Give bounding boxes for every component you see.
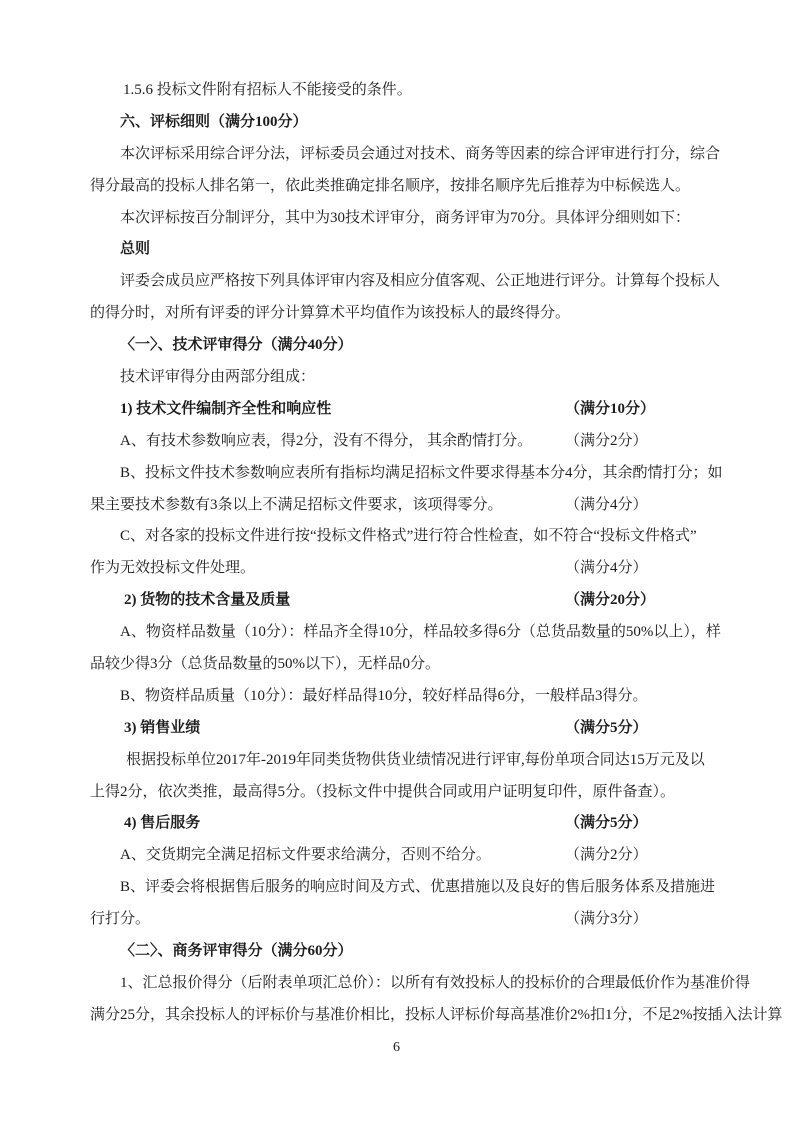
text-line: 果主要技术参数有3条以上不满足招标文件要求，该项得零分。（满分4分）: [90, 490, 730, 522]
line-text: 本次评标按百分制评分，其中为30技术评审分，商务评审为70分。具体评分细则如下：: [90, 203, 690, 235]
text-line: C、对各家的投标文件进行按“投标文件格式”进行符合性检查，如不符合“投标文件格式…: [90, 521, 730, 553]
text-line: 行打分。（满分3分）: [90, 904, 730, 936]
line-text: 品较少得3分（总货品数量的50%以下），无样品0分。: [90, 649, 440, 681]
max-score-label: （满分3分）: [565, 904, 648, 936]
heading-line: 4) 售后服务（满分5分）: [90, 808, 730, 840]
line-text: 1) 技术文件编制齐全性和响应性: [90, 394, 331, 426]
max-score-label: （满分5分）: [565, 713, 648, 745]
heading-line: 〈一〉、技术评审得分（满分40分）: [90, 330, 730, 362]
line-text: A、物资样品数量（10分）：样品齐全得10分，样品较多得6分（总货品数量的50%…: [90, 617, 721, 649]
line-text: 得分最高的投标人排名第一，依此类推确定排名顺序，按排名顺序先后推荐为中标候选人。: [90, 171, 690, 203]
line-text: B、投标文件技术参数响应表所有指标均满足招标文件要求得基本分4分，其余酌情打分；…: [90, 458, 723, 490]
line-text: A、交货期完全满足招标文件要求给满分，否则不给分。: [90, 840, 491, 872]
document-body: 1.5.6 投标文件附有招标人不能接受的条件。六、评标细则（满分100分）本次评…: [90, 75, 730, 1032]
text-line: 品较少得3分（总货品数量的50%以下），无样品0分。: [90, 649, 730, 681]
line-text: 六、评标细则（满分100分）: [90, 107, 308, 139]
line-text: 的得分时，对所有评委的评分计算算术平均值作为该投标人的最终得分。: [90, 298, 570, 330]
line-text: B、评委会将根据售后服务的响应时间及方式、优惠措施以及良好的售后服务体系及措施进: [90, 872, 715, 904]
heading-line: 1) 技术文件编制齐全性和响应性（满分10分）: [90, 394, 730, 426]
text-line: A、物资样品数量（10分）：样品齐全得10分，样品较多得6分（总货品数量的50%…: [90, 617, 730, 649]
text-line: 技术评审得分由两部分组成：: [90, 362, 730, 394]
line-text: 行打分。: [90, 904, 150, 936]
max-score-label: （满分2分）: [565, 840, 648, 872]
text-line: B、评委会将根据售后服务的响应时间及方式、优惠措施以及良好的售后服务体系及措施进: [90, 872, 730, 904]
line-text: 〈二〉、商务评审得分（满分60分）: [90, 936, 353, 968]
heading-line: 六、评标细则（满分100分）: [90, 107, 730, 139]
text-line: 得分最高的投标人排名第一，依此类推确定排名顺序，按排名顺序先后推荐为中标候选人。: [90, 171, 730, 203]
text-line: 评委会成员应严格按下列具体评审内容及相应分值客观、公正地进行评分。计算每个投标人: [90, 266, 730, 298]
heading-line: 总则: [90, 234, 730, 266]
text-line: 本次评标采用综合评分法，评标委员会通过对技术、商务等因素的综合评审进行打分，综合: [90, 139, 730, 171]
text-line: 根据投标单位2017年-2019年同类货物供货业绩情况进行评审,每份单项合同达1…: [90, 745, 730, 777]
line-text: 2) 货物的技术含量及质量: [90, 585, 290, 617]
heading-line: 〈二〉、商务评审得分（满分60分）: [90, 936, 730, 968]
line-text: 3) 销售业绩: [90, 713, 200, 745]
max-score-label: （满分5分）: [565, 808, 648, 840]
line-text: 果主要技术参数有3条以上不满足招标文件要求，该项得零分。: [90, 490, 503, 522]
heading-line: 2) 货物的技术含量及质量（满分20分）: [90, 585, 730, 617]
document-page: 1.5.6 投标文件附有招标人不能接受的条件。六、评标细则（满分100分）本次评…: [0, 0, 793, 1122]
line-text: 1、汇总报价得分（后附表单项汇总价）：以所有有效投标人的投标价的合理最低价作为基…: [90, 968, 750, 1000]
text-line: A、有技术参数响应表，得2分，没有不得分， 其余酌情打分。（满分2分）: [90, 426, 730, 458]
line-text: C、对各家的投标文件进行按“投标文件格式”进行符合性检查，如不符合“投标文件格式…: [90, 521, 697, 553]
text-line: A、交货期完全满足招标文件要求给满分，否则不给分。（满分2分）: [90, 840, 730, 872]
text-line: 作为无效投标文件处理。（满分4分）: [90, 553, 730, 585]
text-line: 满分25分，其余投标人的评标价与基准价相比，投标人评标价每高基准价2%扣1分，不…: [90, 1000, 730, 1032]
line-text: 作为无效投标文件处理。: [90, 553, 255, 585]
line-text: A、有技术参数响应表，得2分，没有不得分， 其余酌情打分。: [90, 426, 532, 458]
max-score-label: （满分2分）: [565, 426, 648, 458]
text-line: B、物资样品质量（10分）：最好样品得10分，较好样品得6分，一般样品3得分。: [90, 681, 730, 713]
text-line: 1、汇总报价得分（后附表单项汇总价）：以所有有效投标人的投标价的合理最低价作为基…: [90, 968, 730, 1000]
line-text: 本次评标采用综合评分法，评标委员会通过对技术、商务等因素的综合评审进行打分，综合: [90, 139, 720, 171]
line-text: 满分25分，其余投标人的评标价与基准价相比，投标人评标价每高基准价2%扣1分，不…: [90, 1000, 783, 1032]
line-text: B、物资样品质量（10分）：最好样品得10分，较好样品得6分，一般样品3得分。: [90, 681, 648, 713]
heading-line: 3) 销售业绩（满分5分）: [90, 713, 730, 745]
text-line: 的得分时，对所有评委的评分计算算术平均值作为该投标人的最终得分。: [90, 298, 730, 330]
max-score-label: （满分20分）: [565, 585, 655, 617]
line-text: 上得2分，依次类推，最高得5分。（投标文件中提供合同或用户证明复印件，原件备查）…: [90, 777, 675, 809]
text-line: B、投标文件技术参数响应表所有指标均满足招标文件要求得基本分4分，其余酌情打分；…: [90, 458, 730, 490]
line-text: 技术评审得分由两部分组成：: [90, 362, 315, 394]
text-line: 本次评标按百分制评分，其中为30技术评审分，商务评审为70分。具体评分细则如下：: [90, 203, 730, 235]
page-number: 6: [0, 1036, 793, 1060]
max-score-label: （满分4分）: [565, 553, 648, 585]
max-score-label: （满分10分）: [565, 394, 655, 426]
line-text: 评委会成员应严格按下列具体评审内容及相应分值客观、公正地进行评分。计算每个投标人: [90, 266, 720, 298]
text-line: 1.5.6 投标文件附有招标人不能接受的条件。: [90, 75, 730, 107]
line-text: 4) 售后服务: [90, 808, 200, 840]
line-text: 1.5.6 投标文件附有招标人不能接受的条件。: [90, 75, 412, 107]
line-text: 总则: [90, 234, 150, 266]
line-text: 根据投标单位2017年-2019年同类货物供货业绩情况进行评审,每份单项合同达1…: [90, 745, 705, 777]
max-score-label: （满分4分）: [565, 490, 648, 522]
text-line: 上得2分，依次类推，最高得5分。（投标文件中提供合同或用户证明复印件，原件备查）…: [90, 777, 730, 809]
line-text: 〈一〉、技术评审得分（满分40分）: [90, 330, 353, 362]
